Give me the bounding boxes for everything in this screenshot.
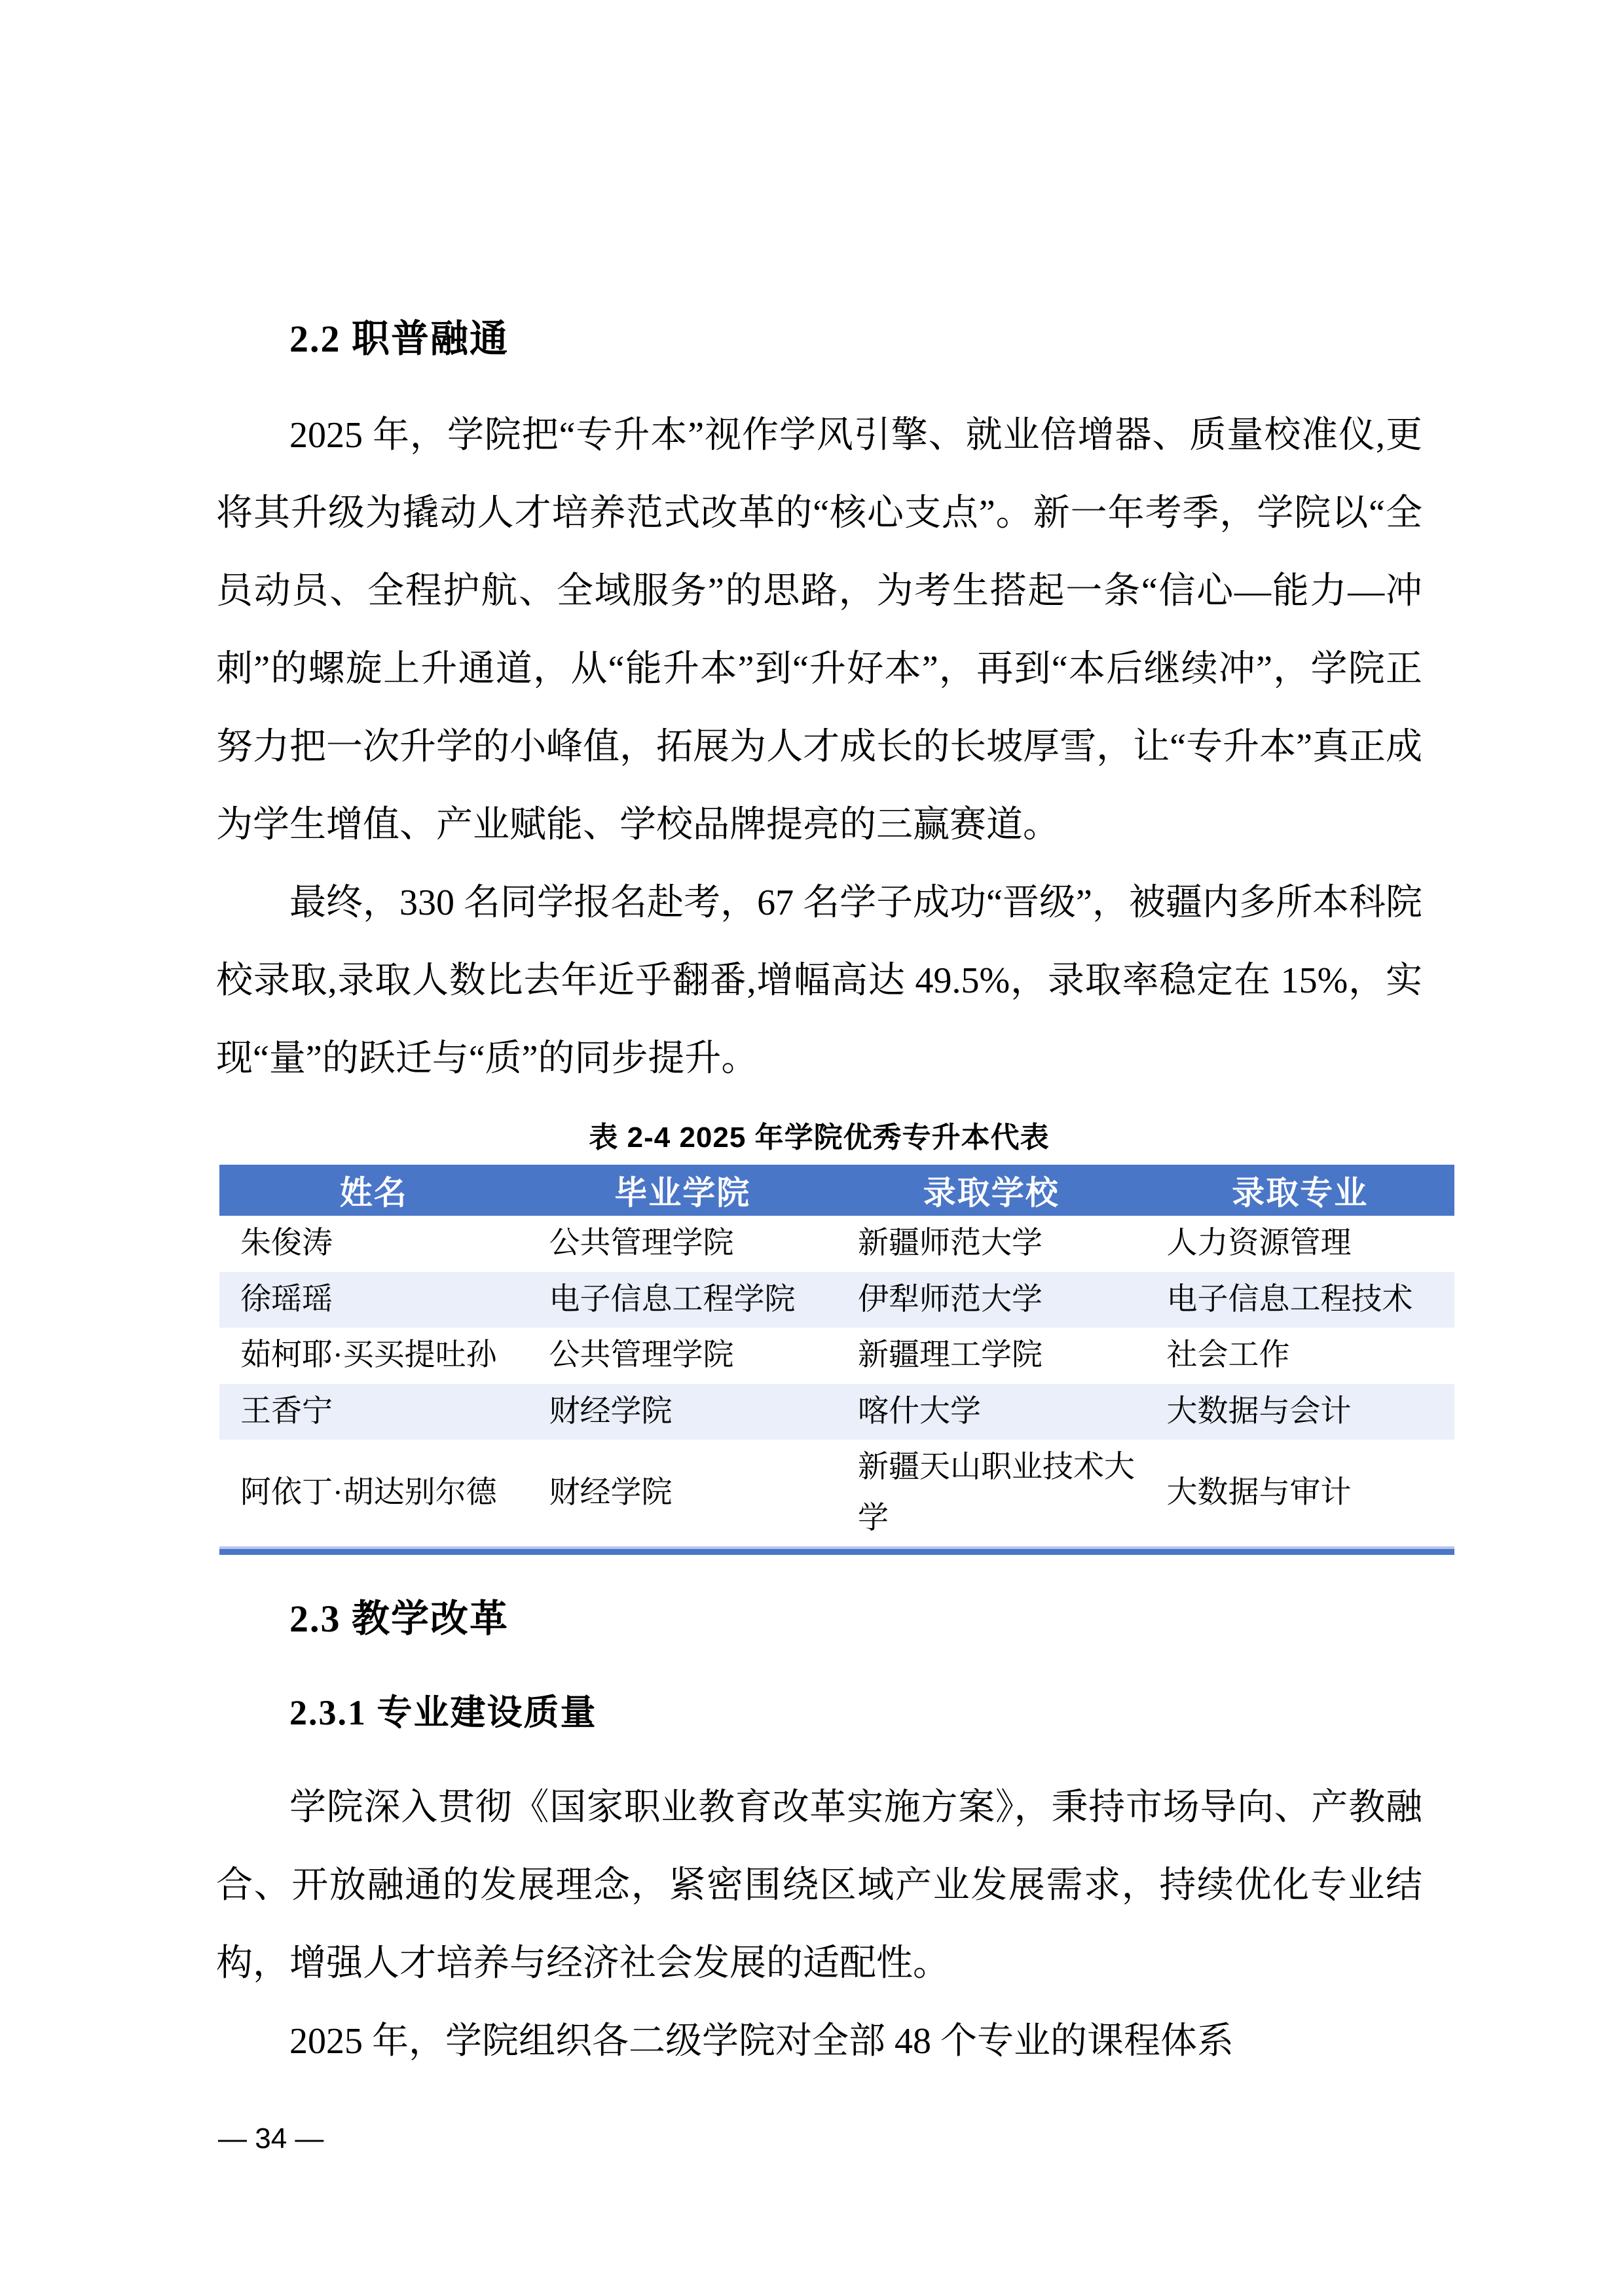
table-cell: 徐瑶瑶 [219,1272,528,1328]
column-header-graduating-college: 毕业学院 [528,1165,838,1216]
table-caption: 表 2-4 2025 年学院优秀专升本代表 [216,1114,1422,1156]
table-row: 阿依丁·胡达别尔德 财经学院 新疆天山职业技术大学 大数据与审计 [219,1440,1454,1546]
table-cell: 大数据与审计 [1146,1440,1455,1546]
table-cell: 喀什大学 [837,1384,1146,1440]
table-cell: 公共管理学院 [528,1216,838,1272]
table-cell: 社会工作 [1146,1328,1455,1384]
body-paragraph-4: 2025 年，学院组织各二级学院对全部 48 个专业的课程体系 [216,2003,1422,2081]
table-cell: 茹柯耶·买买提吐孙 [219,1328,528,1384]
body-paragraph-2: 最终，330 名同学报名赴考，67 名学子成功“晋级”，被疆内多所本科院校录取,… [216,864,1422,1098]
table-header-row: 姓名 毕业学院 录取学校 录取专业 [219,1165,1454,1216]
table-cell: 阿依丁·胡达别尔德 [219,1440,528,1546]
table-cell: 伊犁师范大学 [837,1272,1146,1328]
section-heading-2-3-1: 2.3.1 专业建设质量 [216,1685,1422,1735]
table-cell: 财经学院 [528,1384,838,1440]
column-header-admitted-major: 录取专业 [1146,1165,1455,1216]
table-bottom-rule [219,1546,1454,1555]
column-header-admitting-school: 录取学校 [837,1165,1146,1216]
table-cell: 朱俊涛 [219,1216,528,1272]
table-cell: 王香宁 [219,1384,528,1440]
table-row: 茹柯耶·买买提吐孙 公共管理学院 新疆理工学院 社会工作 [219,1328,1454,1384]
table-row: 朱俊涛 公共管理学院 新疆师范大学 人力资源管理 [219,1216,1454,1272]
table-cell: 新疆天山职业技术大学 [837,1440,1146,1546]
body-paragraph-3: 学院深入贯彻《国家职业教育改革实施方案》，秉持市场导向、产教融合、开放融通的发展… [216,1769,1422,2003]
section-heading-2-2: 2.2 职普融通 [216,308,1422,363]
column-header-name: 姓名 [219,1165,528,1216]
table-cell: 电子信息工程学院 [528,1272,838,1328]
table-cell: 公共管理学院 [528,1328,838,1384]
table-cell: 人力资源管理 [1146,1216,1455,1272]
table-row: 王香宁 财经学院 喀什大学 大数据与会计 [219,1384,1454,1440]
document-page: 2.2 职普融通 2025 年，学院把“专升本”视作学风引擎、就业倍增器、质量校… [216,308,1422,2081]
table-cell: 新疆师范大学 [837,1216,1146,1272]
table-row: 徐瑶瑶 电子信息工程学院 伊犁师范大学 电子信息工程技术 [219,1272,1454,1328]
table-cell: 大数据与会计 [1146,1384,1455,1440]
table-cell: 电子信息工程技术 [1146,1272,1455,1328]
section-heading-2-3: 2.3 教学改革 [216,1588,1422,1643]
body-paragraph-1: 2025 年，学院把“专升本”视作学风引擎、就业倍增器、质量校准仪,更将其升级为… [216,397,1422,864]
page-number: — 34 — [218,2123,323,2155]
table-cell: 新疆理工学院 [837,1328,1146,1384]
table-cell: 财经学院 [528,1440,838,1546]
promotion-representatives-table: 姓名 毕业学院 录取学校 录取专业 朱俊涛 公共管理学院 新疆师范大学 人力资源… [219,1165,1454,1546]
